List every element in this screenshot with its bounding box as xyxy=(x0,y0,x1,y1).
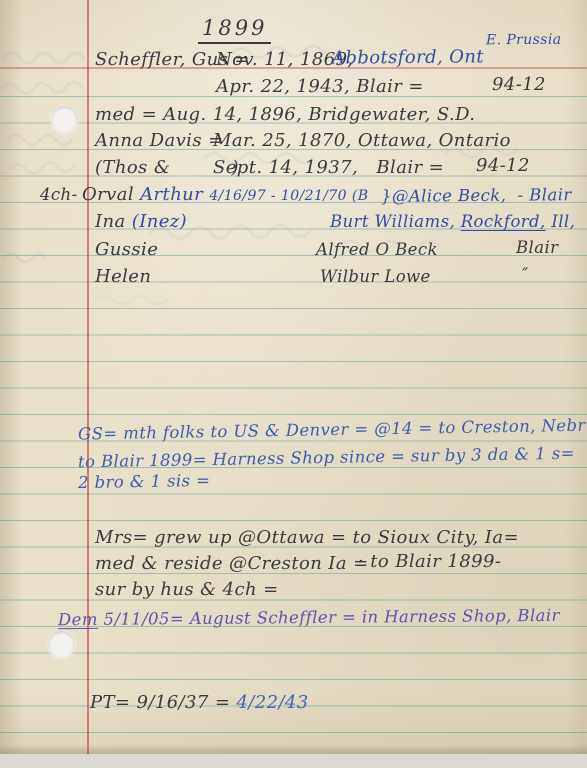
child-1-dates: 4/16/97 - 10/21/70 (B xyxy=(209,188,368,204)
hole-punch-top xyxy=(51,106,78,133)
scanned-note-page: 1899 E. Prussia Scheffler, Gus = Nov. 11… xyxy=(0,0,587,768)
note-blue-line-3: 2 bro & 1 sis = xyxy=(78,471,211,492)
child-3-spouse: Alfred O Beck xyxy=(316,240,438,259)
wife-death-line: Sept. 14, 1937, Blair = xyxy=(213,157,444,178)
child-row-1: Orval Arthur 4/16/97 - 10/21/70 (B xyxy=(82,184,368,205)
child-1-spouse-line: }@Alice Beck, - Blair xyxy=(381,185,572,206)
child-row-2: Ina (Inez) xyxy=(95,211,187,232)
wife-birth-line: Mar. 25, 1870, Ottawa, Ontario xyxy=(213,130,511,151)
child-4-spouse: Wilbur Lowe xyxy=(320,267,431,286)
year-heading-text: 1899 xyxy=(198,16,271,44)
wife-name: Anna Davis = xyxy=(95,130,224,151)
children-count-label: 4ch- xyxy=(40,185,78,204)
child-2-place-state: Ill, xyxy=(546,212,576,231)
head-birth-place: Abbotsford, Ont xyxy=(332,46,484,68)
child-4-name: Helen xyxy=(95,266,151,287)
head-death-line: Apr. 22, 1943, Blair = xyxy=(216,76,424,97)
footer-dates-black: PT= 9/16/37 = xyxy=(90,692,236,713)
note-black-line-3: sur by hus & 4ch = xyxy=(95,579,279,600)
footer-date-blue: 4/22/43 xyxy=(236,692,308,713)
child-1-name-addition: Arthur xyxy=(140,184,203,205)
note-black-line-2a: med & reside @Creston Ia = xyxy=(95,553,369,574)
child-1-name: Orval xyxy=(82,184,134,205)
margin-line-vertical xyxy=(87,0,89,757)
obit-text: 5/11/05= August Scheffler = in Harness S… xyxy=(98,606,560,629)
scan-background-strip xyxy=(0,754,587,768)
wife-ref-number: 94-12 xyxy=(476,155,530,176)
note-black-line-2b: · to Blair 1899- xyxy=(358,551,501,572)
child-4-ditto-mark: ″ xyxy=(522,265,529,284)
obit-label: Dem xyxy=(58,610,98,629)
child-3-place: Blair xyxy=(516,238,558,257)
paper-edge-shadow xyxy=(0,744,587,754)
hole-punch-bottom xyxy=(48,631,75,658)
child-2-name-addition: (Inez) xyxy=(132,211,187,232)
origin-note: E. Prussia xyxy=(486,32,562,49)
child-2-spouse: Burt Williams, xyxy=(330,212,461,231)
child-2-place-city: Rockford, xyxy=(461,212,546,231)
footer-line: PT= 9/16/37 = 4/22/43 xyxy=(90,692,309,713)
child-2-spouse-line: Burt Williams, Rockford, Ill, xyxy=(330,212,575,231)
brace-mark: }@ xyxy=(381,187,409,206)
marriage-line: med = Aug. 14, 1896, Bridgewater, S.D. xyxy=(95,104,475,125)
child-1-spouse: Alice Beck, xyxy=(409,186,507,206)
head-ref-number: 94-12 xyxy=(492,74,546,95)
child-1-place: - Blair xyxy=(518,185,572,204)
child-3-name: Gussie xyxy=(95,239,158,260)
year-heading: 1899 xyxy=(198,16,271,40)
child-2-name: Ina xyxy=(95,211,126,232)
note-black-line-1: Mrs= grew up @Ottawa = to Sioux City, Ia… xyxy=(95,527,519,548)
